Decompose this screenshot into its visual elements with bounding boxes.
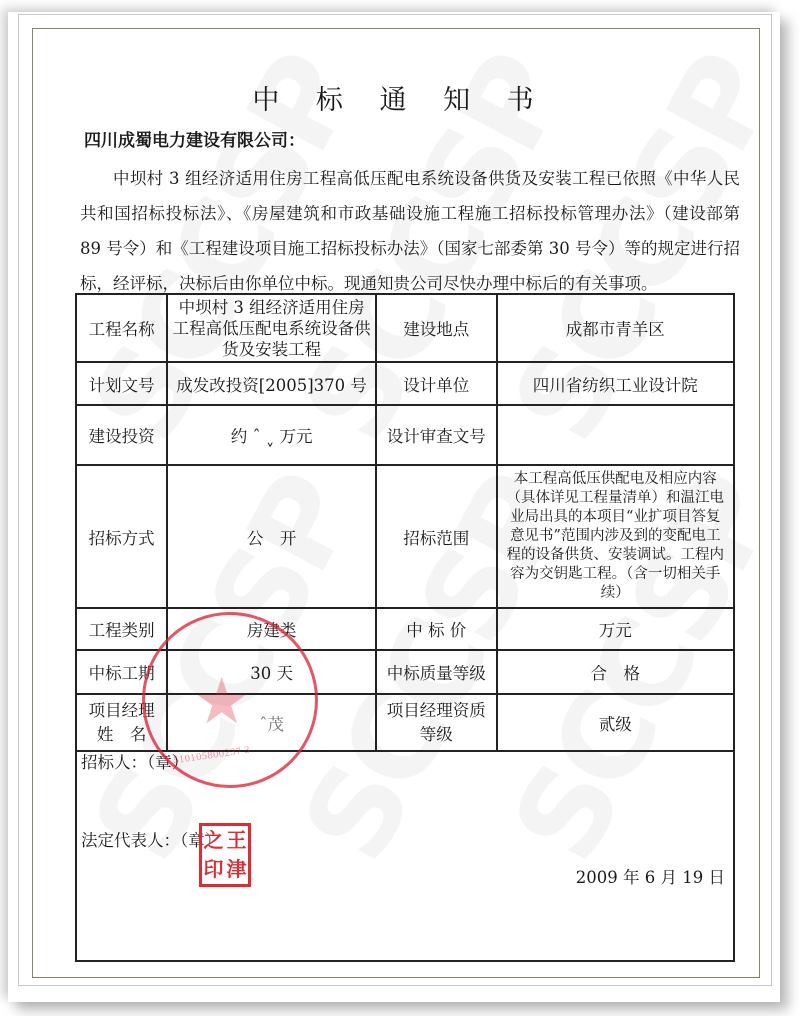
company-round-seal: ★ 510105800237 3 bbox=[142, 612, 318, 788]
value-design-review-no bbox=[497, 405, 734, 465]
star-icon: ★ bbox=[193, 665, 250, 739]
table-row: 招标方式 公 开 招标范围 本工程高低压供配电及相应内容（具体详见工程量清单）和… bbox=[76, 465, 734, 608]
personal-square-seal: 之 王 印 津 bbox=[199, 823, 251, 887]
issue-date: 2009 年 6 月 19 日 bbox=[576, 864, 725, 888]
seal-code: 510105800237 3 bbox=[173, 746, 251, 767]
value-project-name: 中坝村 3 组经济适用住房工程高低压配电系统设备供货及安装工程 bbox=[167, 294, 376, 362]
table-row: 建设投资 约 ˆ ˬ 万元 设计审查文号 bbox=[76, 405, 734, 465]
label-design-review-no: 设计审查文号 bbox=[376, 405, 497, 465]
value-tender-method: 公 开 bbox=[167, 465, 376, 608]
addressee: 四川成蜀电力建设有限公司： bbox=[84, 126, 305, 151]
notice-body-paragraph: 中坝村 3 组经济适用住房工程高低压配电系统设备供货及安装工程已依照《中华人民共… bbox=[80, 161, 740, 301]
value-investment: 约 ˆ ˬ 万元 bbox=[167, 405, 376, 465]
label-project-name: 工程名称 bbox=[76, 294, 167, 362]
table-row: 工程名称 中坝村 3 组经济适用住房工程高低压配电系统设备供货及安装工程 建设地… bbox=[76, 294, 734, 362]
label-investment: 建设投资 bbox=[76, 405, 167, 465]
label-tender-method: 招标方式 bbox=[76, 465, 167, 608]
label-design-unit: 设计单位 bbox=[376, 362, 497, 405]
value-construction-site: 成都市青羊区 bbox=[497, 294, 734, 362]
seal-char: 津 bbox=[225, 855, 248, 884]
label-bid-price: 中 标 价 bbox=[376, 608, 497, 650]
label-quality-grade: 中标质量等级 bbox=[376, 650, 497, 694]
document-title: 中 标 通 知 书 bbox=[0, 78, 800, 117]
label-construction-site: 建设地点 bbox=[376, 294, 497, 362]
seal-char: 印 bbox=[202, 855, 225, 884]
table-row: 计划文号 成发改投资[2005]370 号 设计单位 四川省纺织工业设计院 bbox=[76, 362, 734, 405]
value-design-unit: 四川省纺织工业设计院 bbox=[497, 362, 734, 405]
signature-section: 招标人：（章） 法定代表人：（章） 2009 年 6 月 19 日 bbox=[75, 741, 735, 962]
value-plan-doc-no: 成发改投资[2005]370 号 bbox=[167, 362, 376, 405]
label-project-category: 工程类别 bbox=[76, 608, 167, 650]
seal-char: 之 bbox=[202, 826, 225, 855]
label-tender-scope: 招标范围 bbox=[376, 465, 497, 608]
value-bid-price: 万元 bbox=[497, 608, 734, 650]
value-quality-grade: 合 格 bbox=[497, 650, 734, 694]
value-tender-scope: 本工程高低压供配电及相应内容（具体详见工程量清单）和温江电业局出具的本项目“业扩… bbox=[497, 465, 734, 608]
label-plan-doc-no: 计划文号 bbox=[76, 362, 167, 405]
seal-char: 王 bbox=[225, 826, 248, 855]
